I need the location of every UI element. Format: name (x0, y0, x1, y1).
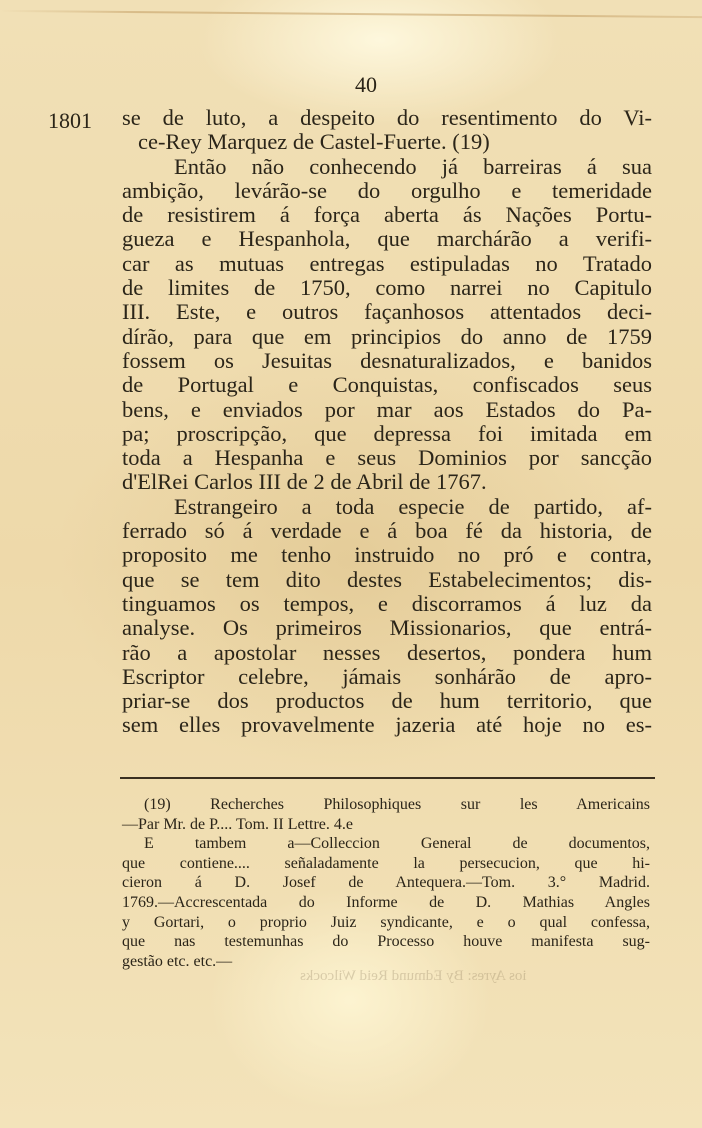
text-line: dírão, para que em principios do anno de… (122, 325, 652, 349)
footnote-separator-rule (120, 777, 655, 779)
text-line: proposito me tenho instruido no pró e co… (122, 543, 652, 567)
text-line: analyse. Os primeiros Missionarios, que … (122, 616, 652, 640)
text-line: de limites de 1750, como narrei no Capit… (122, 276, 652, 300)
book-page: 40 1801 se de luto, a despeito do resent… (0, 0, 702, 1128)
text-line: de Portugal e Conquistas, confiscados se… (122, 373, 652, 397)
footnote-line: 1769.—Accrescentada do Informe de D. Mat… (122, 893, 650, 913)
text-line: ce-Rey Marquez de Castel-Fuerte. (19) (122, 130, 652, 154)
body-text: se de luto, a despeito do resentimento d… (122, 106, 652, 738)
text-line: tinguamos os tempos, e discorramos á luz… (122, 592, 652, 616)
footnote-line: cieron á D. Josef de Antequera.—Tom. 3.°… (122, 873, 650, 893)
footnote-line: (19) Recherches Philosophiques sur les A… (122, 795, 650, 815)
text-line: se de luto, a despeito do resentimento d… (122, 106, 652, 130)
text-line: III. Este, e outros façanhosos attentado… (122, 300, 652, 324)
footnote-line: E tambem a—Colleccion General de documen… (122, 834, 650, 854)
paper-crease (0, 10, 702, 18)
text-line: bens, e enviados por mar aos Estados do … (122, 398, 652, 422)
text-line: ambição, levárão-se do orgulho e temerid… (122, 179, 652, 203)
text-line: ferrado só á verdade e á boa fé da histo… (122, 519, 652, 543)
text-line: d'ElRei Carlos III de 2 de Abril de 1767… (122, 470, 652, 494)
text-line: toda a Hespanha e seus Dominios por sanc… (122, 446, 652, 470)
bleed-through-text: ios Ayres: By Edmund Reid Wilcocks (300, 968, 526, 985)
text-line: gueza e Hespanhola, que marchárão a veri… (122, 227, 652, 251)
text-line: de resistirem á força aberta ás Nações P… (122, 203, 652, 227)
text-line: que se tem dito destes Estabelecimentos;… (122, 568, 652, 592)
footnote-line: y Gortari, o proprio Juiz syndicante, e … (122, 913, 650, 933)
text-line: Então não conhecendo já barreiras á sua (122, 155, 652, 179)
footnote-line: —Par Mr. de P.... Tom. II Lettre. 4.e (122, 815, 650, 835)
text-line: sem elles provavelmente jazeria até hoje… (122, 713, 652, 737)
footnote-line: que contiene.... señaladamente la persec… (122, 854, 650, 874)
footnote-line: que nas testemunhas do Processo houve ma… (122, 932, 650, 952)
text-line: fossem os Jesuitas desnaturalizados, e b… (122, 349, 652, 373)
text-line: car as mutuas entregas estipuladas no Tr… (122, 252, 652, 276)
page-number: 40 (355, 72, 377, 98)
text-line: priar-se dos productos de hum territorio… (122, 689, 652, 713)
text-line: Escriptor celebre, jámais sonhárão de ap… (122, 665, 652, 689)
text-line: rão a apostolar nesses desertos, pondera… (122, 641, 652, 665)
footnotes: (19) Recherches Philosophiques sur les A… (122, 795, 650, 971)
text-line: Estrangeiro a toda especie de partido, a… (122, 495, 652, 519)
margin-year-note: 1801 (48, 108, 92, 134)
text-line: pa; proscripção, que depressa foi imitad… (122, 422, 652, 446)
